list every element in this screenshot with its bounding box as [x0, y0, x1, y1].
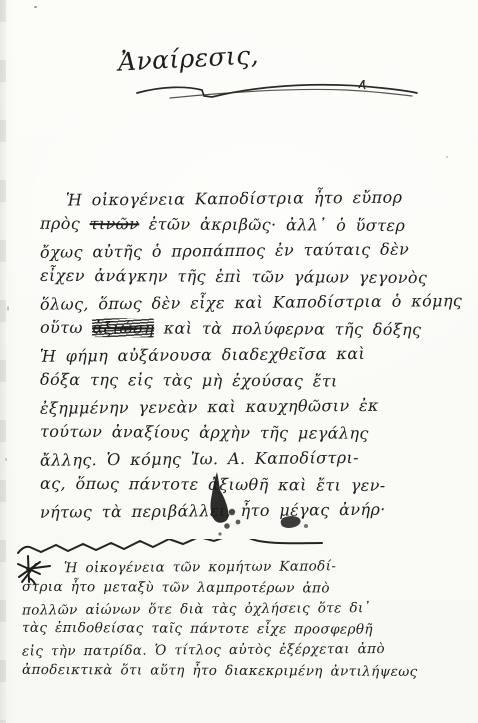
struck-out-word: τινῶν — [90, 214, 140, 233]
manuscript-page: Ἀναίρεσις, Ἡ οἰκογένεια Καποδίστρια ἦτο … — [0, 0, 478, 723]
handwritten-text: ἐτῶν ἀκριβῶς· ἀλλ᾽ ὁ ὕστερ — [139, 214, 405, 235]
manuscript-line: Ἡ φήμη αὐξάνουσα διαδεχθεῖσα καὶ — [40, 340, 444, 370]
footnote-line: στρια ἦτο μεταξὺ τῶν λαμπροτέρων ἀπὸ — [22, 577, 462, 600]
footnote-line: ἀποδεικτικὰ ὅτι αὕτη ἦτο διακεκριμένη ἀν… — [22, 660, 462, 683]
manuscript-line: εἶχεν ἀνάγκην τῆς ἐπὶ τῶν γάμων γεγονὸς — [40, 263, 444, 291]
handwritten-text: Ἡ φήμη αὐξάνουσα διαδεχθεῖσα καὶ — [40, 344, 365, 366]
footnote-line: τὰς ἐπιδοθείσας ταῖς πάντοτε εἶχε προσφε… — [22, 618, 462, 641]
manuscript-line: ἐξημμένην γενεὰν καὶ καυχηθῶσιν ἐκ — [40, 392, 444, 422]
ink-blot — [180, 470, 320, 548]
manuscript-line: ὄχως αὐτῆς ὁ προπάππος ἐν ταύταις δὲν — [40, 236, 444, 266]
footnote-block: Ἡ οἰκογένεια τῶν κομήτων Καποδί-στρια ἦτ… — [22, 557, 462, 682]
footnote-separator-squiggle — [14, 539, 326, 557]
scan-speck — [34, 6, 37, 8]
handwritten-text: πρὸς — [40, 214, 90, 233]
manuscript-line: Ἡ οἰκογένεια Καποδίστρια ἦτο εὔπορ — [40, 184, 444, 214]
footnote-line: Ἡ οἰκογένεια τῶν κομήτων Καποδί- — [22, 555, 462, 579]
handwritten-text: δόξα της εἰς τὰς μὴ ἐχούσας ἔτι — [40, 370, 338, 391]
handwritten-text: τούτων ἀναξίους ἀρχὴν τῆς μεγάλης — [40, 422, 369, 443]
manuscript-line: ὅλως, ὅπως δὲν εἶχε καὶ Καποδίστρια ὁ κό… — [40, 288, 444, 318]
scribbled-out-word: ἀξιώση — [92, 318, 154, 337]
handwritten-text: οὕτω — [40, 318, 92, 337]
manuscript-line: πρὸς τινῶν ἐτῶν ἀκριβῶς· ἀλλ᾽ ὁ ὕστερ — [40, 211, 444, 239]
scan-edge-artifact — [0, 0, 6, 723]
handwritten-text: καὶ τὰ πολύφερνα τῆς δόξης — [154, 318, 421, 339]
footnote-line: εἰς τὴν πατρίδα. Ὁ τίτλος αὐτὸς ἐξέρχετα… — [22, 639, 462, 663]
handwritten-text: ὄχως αὐτῆς ὁ προπάππος ἐν ταύταις δὲν — [40, 240, 409, 262]
scan-speck — [446, 156, 448, 158]
footnote-lines: Ἡ οἰκογένεια τῶν κομήτων Καποδί-στρια ἦτ… — [22, 557, 462, 682]
handwritten-text: εἶχεν ἀνάγκην τῆς ἐπὶ τῶν γάμων γεγονὸς — [40, 266, 427, 287]
scan-speck — [7, 306, 9, 311]
manuscript-line: οὕτω ἀξιώση καὶ τὰ πολύφερνα τῆς δόξης — [40, 315, 444, 343]
handwritten-text: ὅλως, ὅπως δὲν εἶχε καὶ Καποδίστρια ὁ κό… — [40, 291, 462, 314]
manuscript-line: τούτων ἀναξίους ἀρχὴν τῆς μεγάλης — [40, 419, 444, 447]
handwritten-text: ἄλλης. Ὁ κόμης Ἰω. Α. Καποδίστρι- — [40, 448, 359, 470]
page-title: Ἀναίρεσις, — [117, 40, 259, 76]
title-underline-flourish — [134, 80, 420, 104]
handwritten-text: Ἡ οἰκογένεια Καποδίστρια ἦτο εὔπορ — [66, 188, 403, 210]
handwritten-text: ἐξημμένην γενεὰν καὶ καυχηθῶσιν ἐκ — [40, 396, 379, 418]
scan-speck — [5, 458, 7, 461]
manuscript-line: δόξα της εἰς τὰς μὴ ἐχούσας ἔτι — [40, 367, 444, 395]
